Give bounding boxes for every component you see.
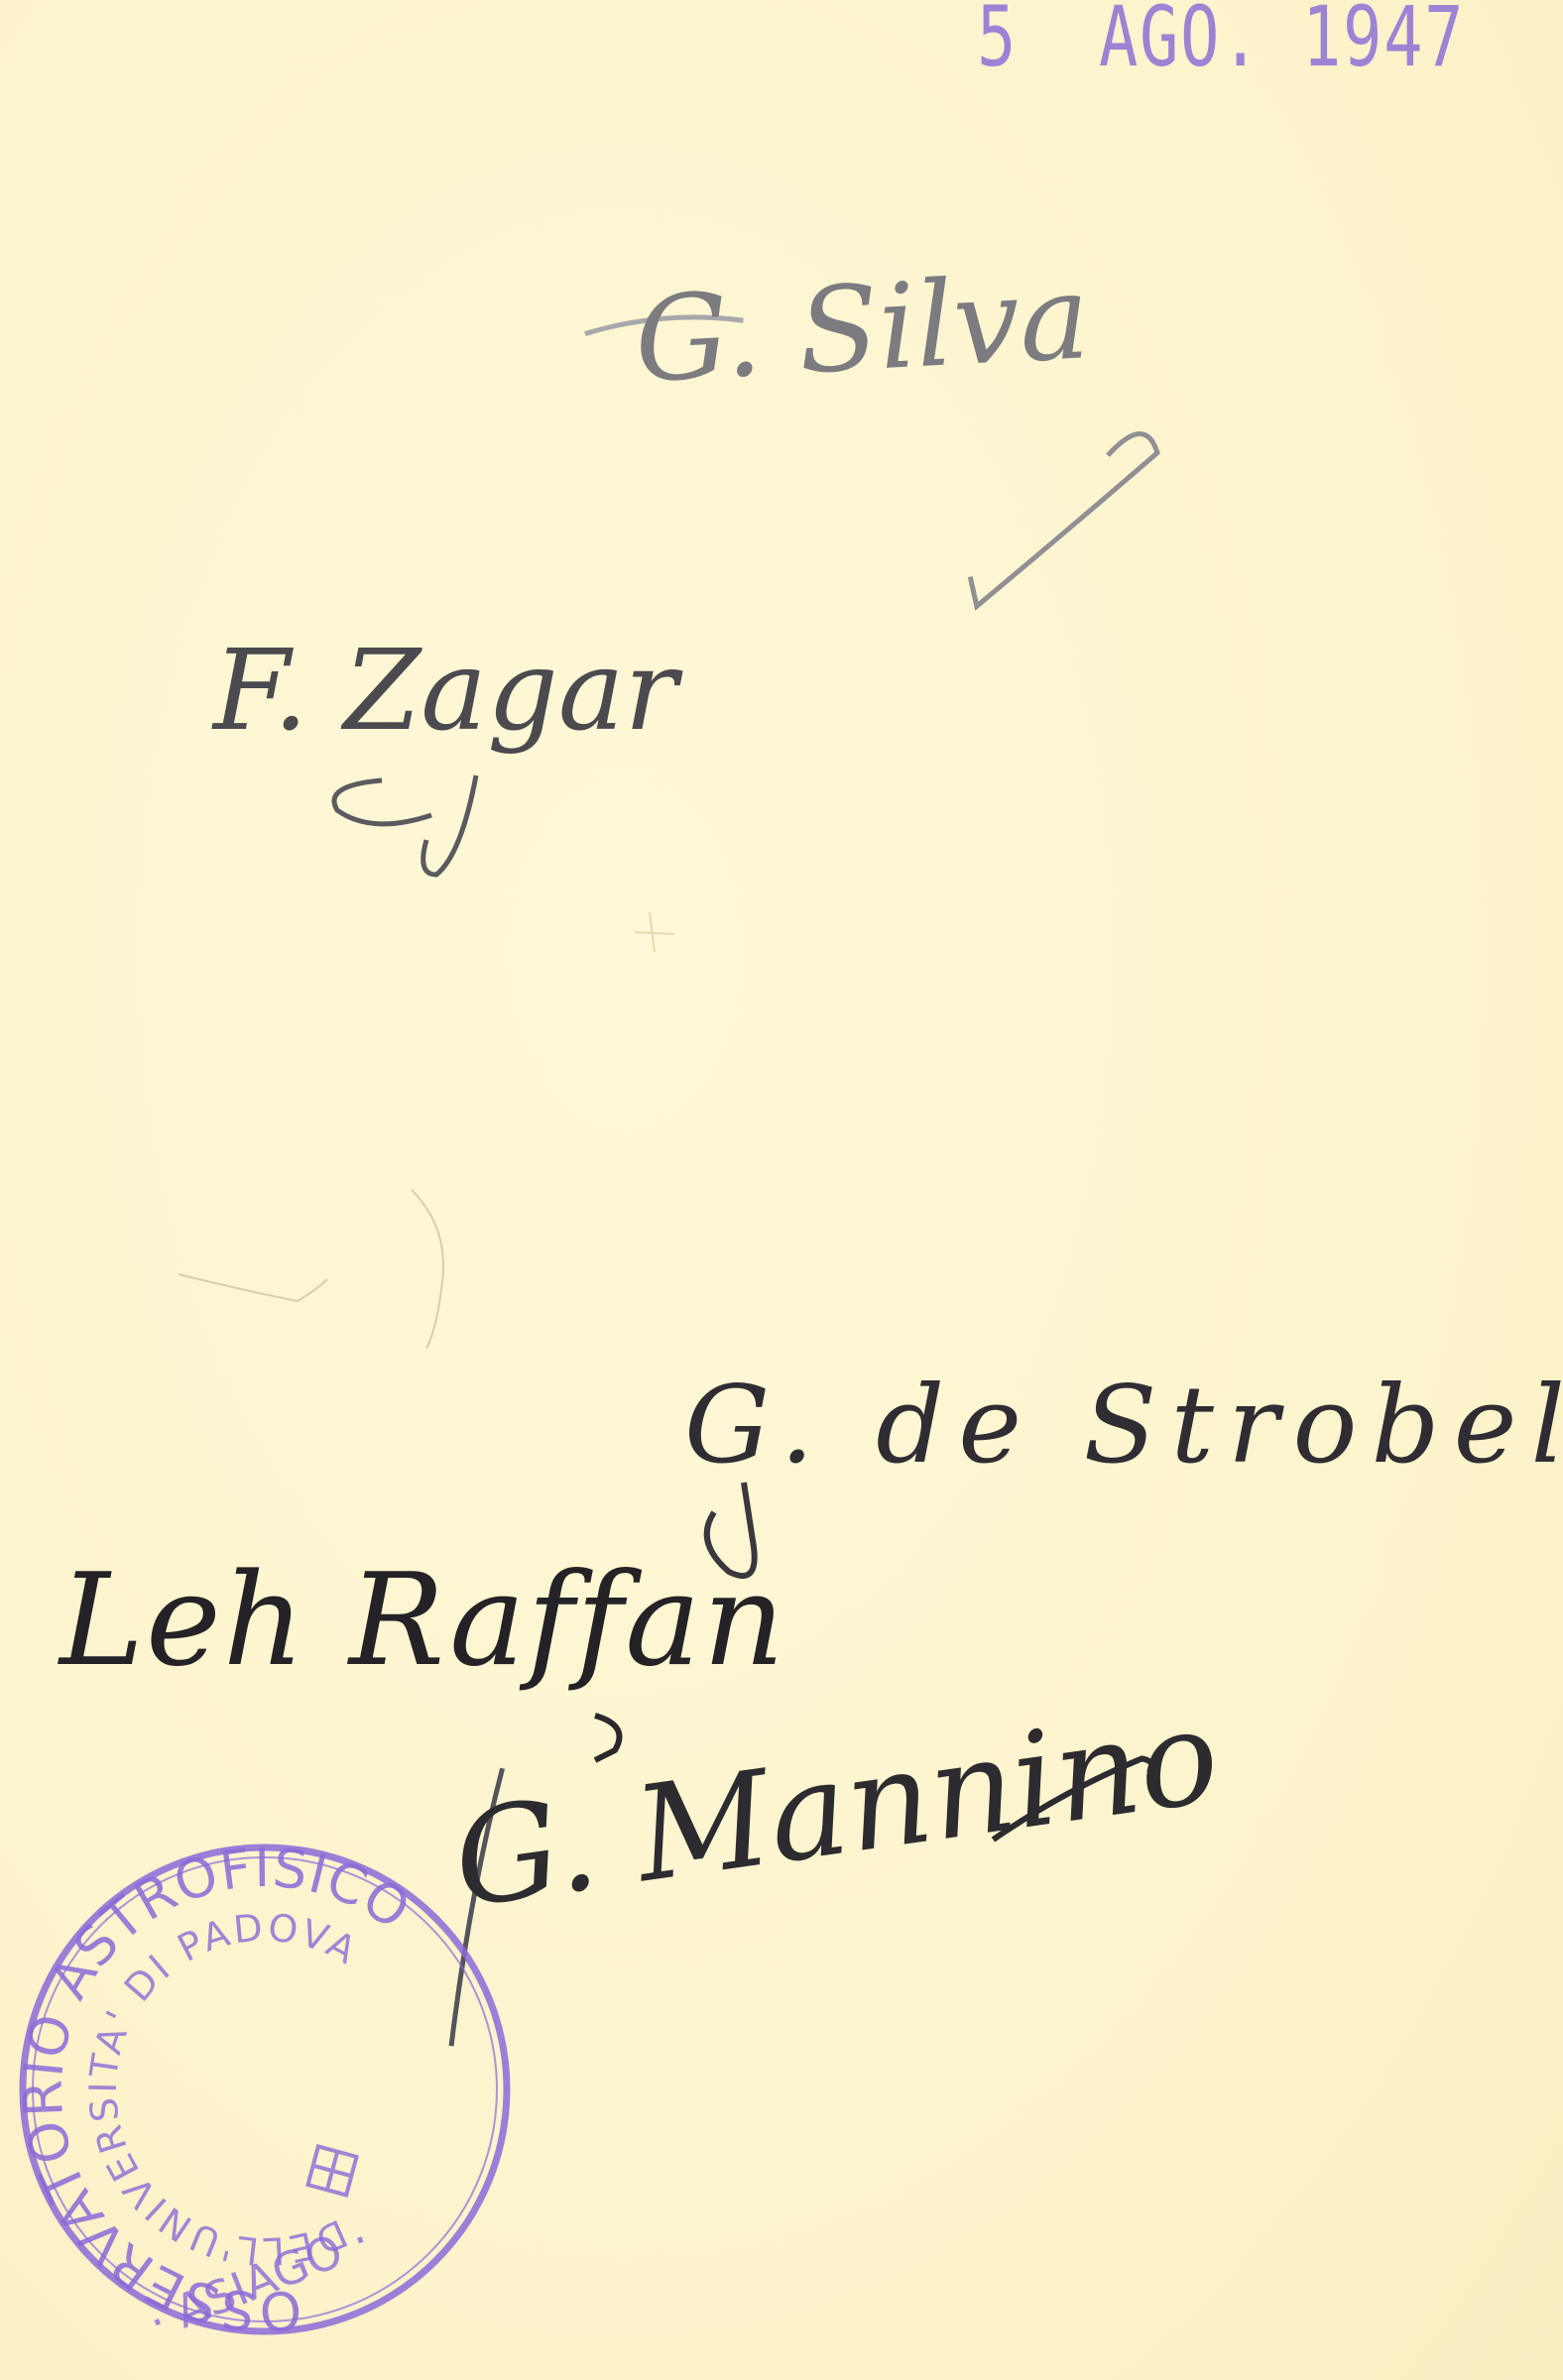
- signature-raffan: Leh Raffan: [60, 1547, 786, 1695]
- signature-text: G. Silva: [632, 248, 1093, 409]
- date-stamp: 5 AGO. 1947: [977, 0, 1465, 85]
- cross-emblem-icon: [308, 2147, 357, 2196]
- signature-zagar: F. Zagar: [213, 627, 677, 756]
- signature-text: G. de Strobel: [684, 1364, 1563, 1487]
- signature-strobel: G. de Strobel: [684, 1364, 1563, 1487]
- signature-text: Leh Raffan: [60, 1547, 786, 1695]
- signature-silva: G. Silva: [632, 248, 1093, 409]
- signature-text: F. Zagar: [213, 627, 677, 756]
- observatory-seal: OSSERVATORIO ASTROFISICO DELL'UNIVERSITA…: [17, 1842, 513, 2337]
